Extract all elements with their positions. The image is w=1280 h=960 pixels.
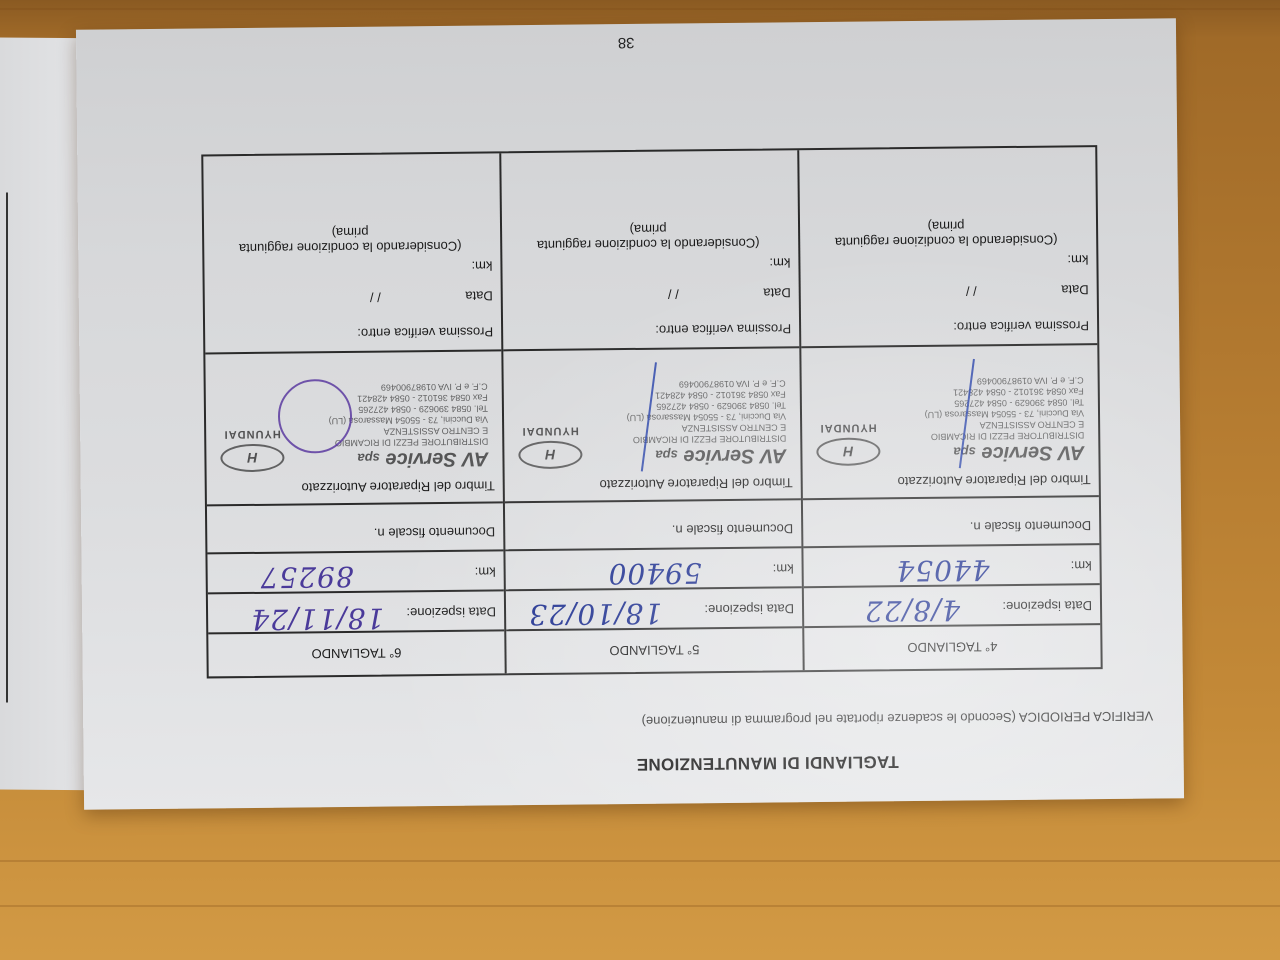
service-heading: 4° TAGLIANDO: [907, 640, 997, 656]
service-heading: 5° TAGLIANDO: [609, 643, 699, 659]
inspection-date-label: Data ispezione:: [704, 601, 794, 617]
page-number: 38: [76, 28, 1176, 57]
fiscal-doc-label: Documento fiscale n.: [672, 521, 794, 537]
signature-mark: [278, 379, 353, 454]
service-grid: 4° TAGLIANDO Data ispezione: 4/8/22 km: …: [201, 145, 1102, 678]
condition-note: (Considerando la condizione raggiunta pr…: [528, 221, 768, 254]
service-column-5: 5° TAGLIANDO Data ispezione: 18/10/23 km…: [499, 150, 802, 673]
stamp-label: Timbro del Riparatore Autorizzato: [599, 475, 792, 492]
km-value: 89257: [259, 560, 353, 594]
fiscal-doc-label: Documento fiscale n.: [970, 518, 1092, 534]
next-check-label: Prossima verifica entro:: [655, 321, 791, 337]
km-label: km:: [1071, 558, 1092, 573]
dealer-stamp: AV Service spa DISTRIBUTORE PEZZI DI RIC…: [219, 359, 488, 472]
km-label: km:: [475, 564, 496, 579]
service-heading: 6° TAGLIANDO: [311, 646, 401, 662]
km-value: 59400: [607, 556, 701, 590]
next-km-label: km:: [471, 258, 492, 273]
service-column-4: 4° TAGLIANDO Data ispezione: 4/8/22 km: …: [797, 147, 1100, 670]
service-column-6: 6° TAGLIANDO Data ispezione: 18/11/24 km…: [203, 153, 504, 676]
hyundai-logo-icon: H: [518, 441, 582, 470]
condition-note: (Considerando la condizione raggiunta pr…: [230, 224, 470, 257]
inspection-date-value: 18/10/23: [528, 597, 662, 631]
condition-note: (Considerando la condizione raggiunta pr…: [826, 217, 1066, 250]
next-check-label: Prossima verifica entro:: [357, 324, 493, 340]
next-date-label: Data: [1061, 282, 1089, 297]
inspection-date-value: 18/11/24: [250, 602, 384, 636]
hyundai-logo-icon: H: [220, 444, 284, 473]
inspection-date-value: 4/8/22: [864, 594, 960, 628]
inspection-date-label: Data ispezione:: [1002, 598, 1092, 614]
stamp-label: Timbro del Riparatore Autorizzato: [302, 478, 495, 495]
maintenance-booklet-page: TAGLIANDI DI MANUTENZIONE VERIFICA PERIO…: [76, 18, 1184, 809]
km-label: km:: [773, 561, 794, 576]
stamp-label: Timbro del Riparatore Autorizzato: [897, 472, 1090, 489]
next-check-label: Prossima verifica entro:: [953, 318, 1089, 334]
next-date-label: Data: [465, 288, 493, 303]
inspection-date-label: Data ispezione:: [406, 604, 496, 620]
km-value: 44054: [895, 553, 989, 587]
hyundai-logo-icon: H: [816, 437, 880, 466]
fiscal-doc-label: Documento fiscale n.: [374, 524, 496, 540]
page-title: TAGLIANDI DI MANUTENZIONE: [636, 751, 898, 774]
next-km-label: km:: [769, 255, 790, 270]
page-subtitle: VERIFICA PERIODICA (Secondo le scadenze …: [642, 709, 1154, 729]
next-km-label: km:: [1067, 252, 1088, 267]
next-date-label: Data: [763, 285, 791, 300]
